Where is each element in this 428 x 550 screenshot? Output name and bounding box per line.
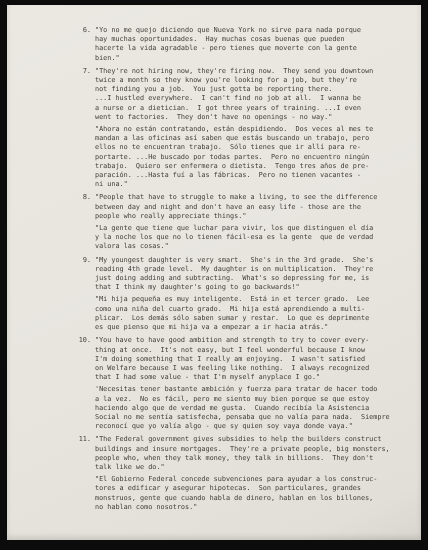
quote-item-8: 8. "People that have to struggle to make… [78, 193, 390, 251]
quote-item-10: 10. "You have to have good ambition and … [78, 336, 390, 431]
quote-paragraph-en: "My youngest daughter is very smart. She… [95, 256, 373, 293]
quote-item-7: 7. "They're not hiring now, they're firi… [78, 67, 390, 190]
quote-paragraph-en: "The Federal government gives subsidies … [95, 435, 390, 472]
quote-paragraph-es: "Mi hija pequeña es muy inteligente. Est… [95, 295, 373, 332]
quote-item-9: 9. "My youngest daughter is very smart. … [78, 256, 390, 333]
quote-paragraph-en: "You have to have good ambition and stre… [95, 336, 390, 382]
quote-body: "You have to have good ambition and stre… [95, 336, 390, 431]
document-page: 6. "Yo no me quejo diciendo que Nueva Yo… [7, 5, 421, 540]
quote-paragraph-es: "Yo no me quejo diciendo que Nueva York … [95, 26, 361, 63]
quote-paragraph-es: "El Gobierno Federal concede subvencione… [95, 475, 390, 512]
quote-body: "People that have to struggle to make a … [95, 193, 377, 251]
quote-paragraph-en: "People that have to struggle to make a … [95, 193, 377, 221]
quote-body: "Yo no me quejo diciendo que Nueva York … [95, 26, 361, 63]
item-number: 10. [78, 336, 91, 345]
quote-paragraph-en: "They're not hiring now, they're firing … [95, 67, 373, 122]
quote-body: "They're not hiring now, they're firing … [95, 67, 373, 190]
item-number: 7. [78, 67, 91, 76]
quote-paragraph-es: 'Necesitas tener bastante ambición y fue… [95, 385, 390, 431]
quote-body: "The Federal government gives subsidies … [95, 435, 390, 512]
quote-paragraph-es: "Ahora no están contratando, están despi… [95, 125, 373, 189]
item-number: 11. [78, 435, 91, 444]
quote-paragraph-es: "La gente que tiene que luchar para vivi… [95, 224, 377, 252]
quote-item-6: 6. "Yo no me quejo diciendo que Nueva Yo… [78, 26, 390, 63]
item-number: 6. [78, 26, 91, 35]
typewritten-quotes-list: 6. "Yo no me quejo diciendo que Nueva Yo… [78, 26, 390, 512]
quote-body: "My youngest daughter is very smart. She… [95, 256, 373, 333]
quote-item-11: 11. "The Federal government gives subsid… [78, 435, 390, 512]
item-number: 8. [78, 193, 91, 202]
item-number: 9. [78, 256, 91, 265]
